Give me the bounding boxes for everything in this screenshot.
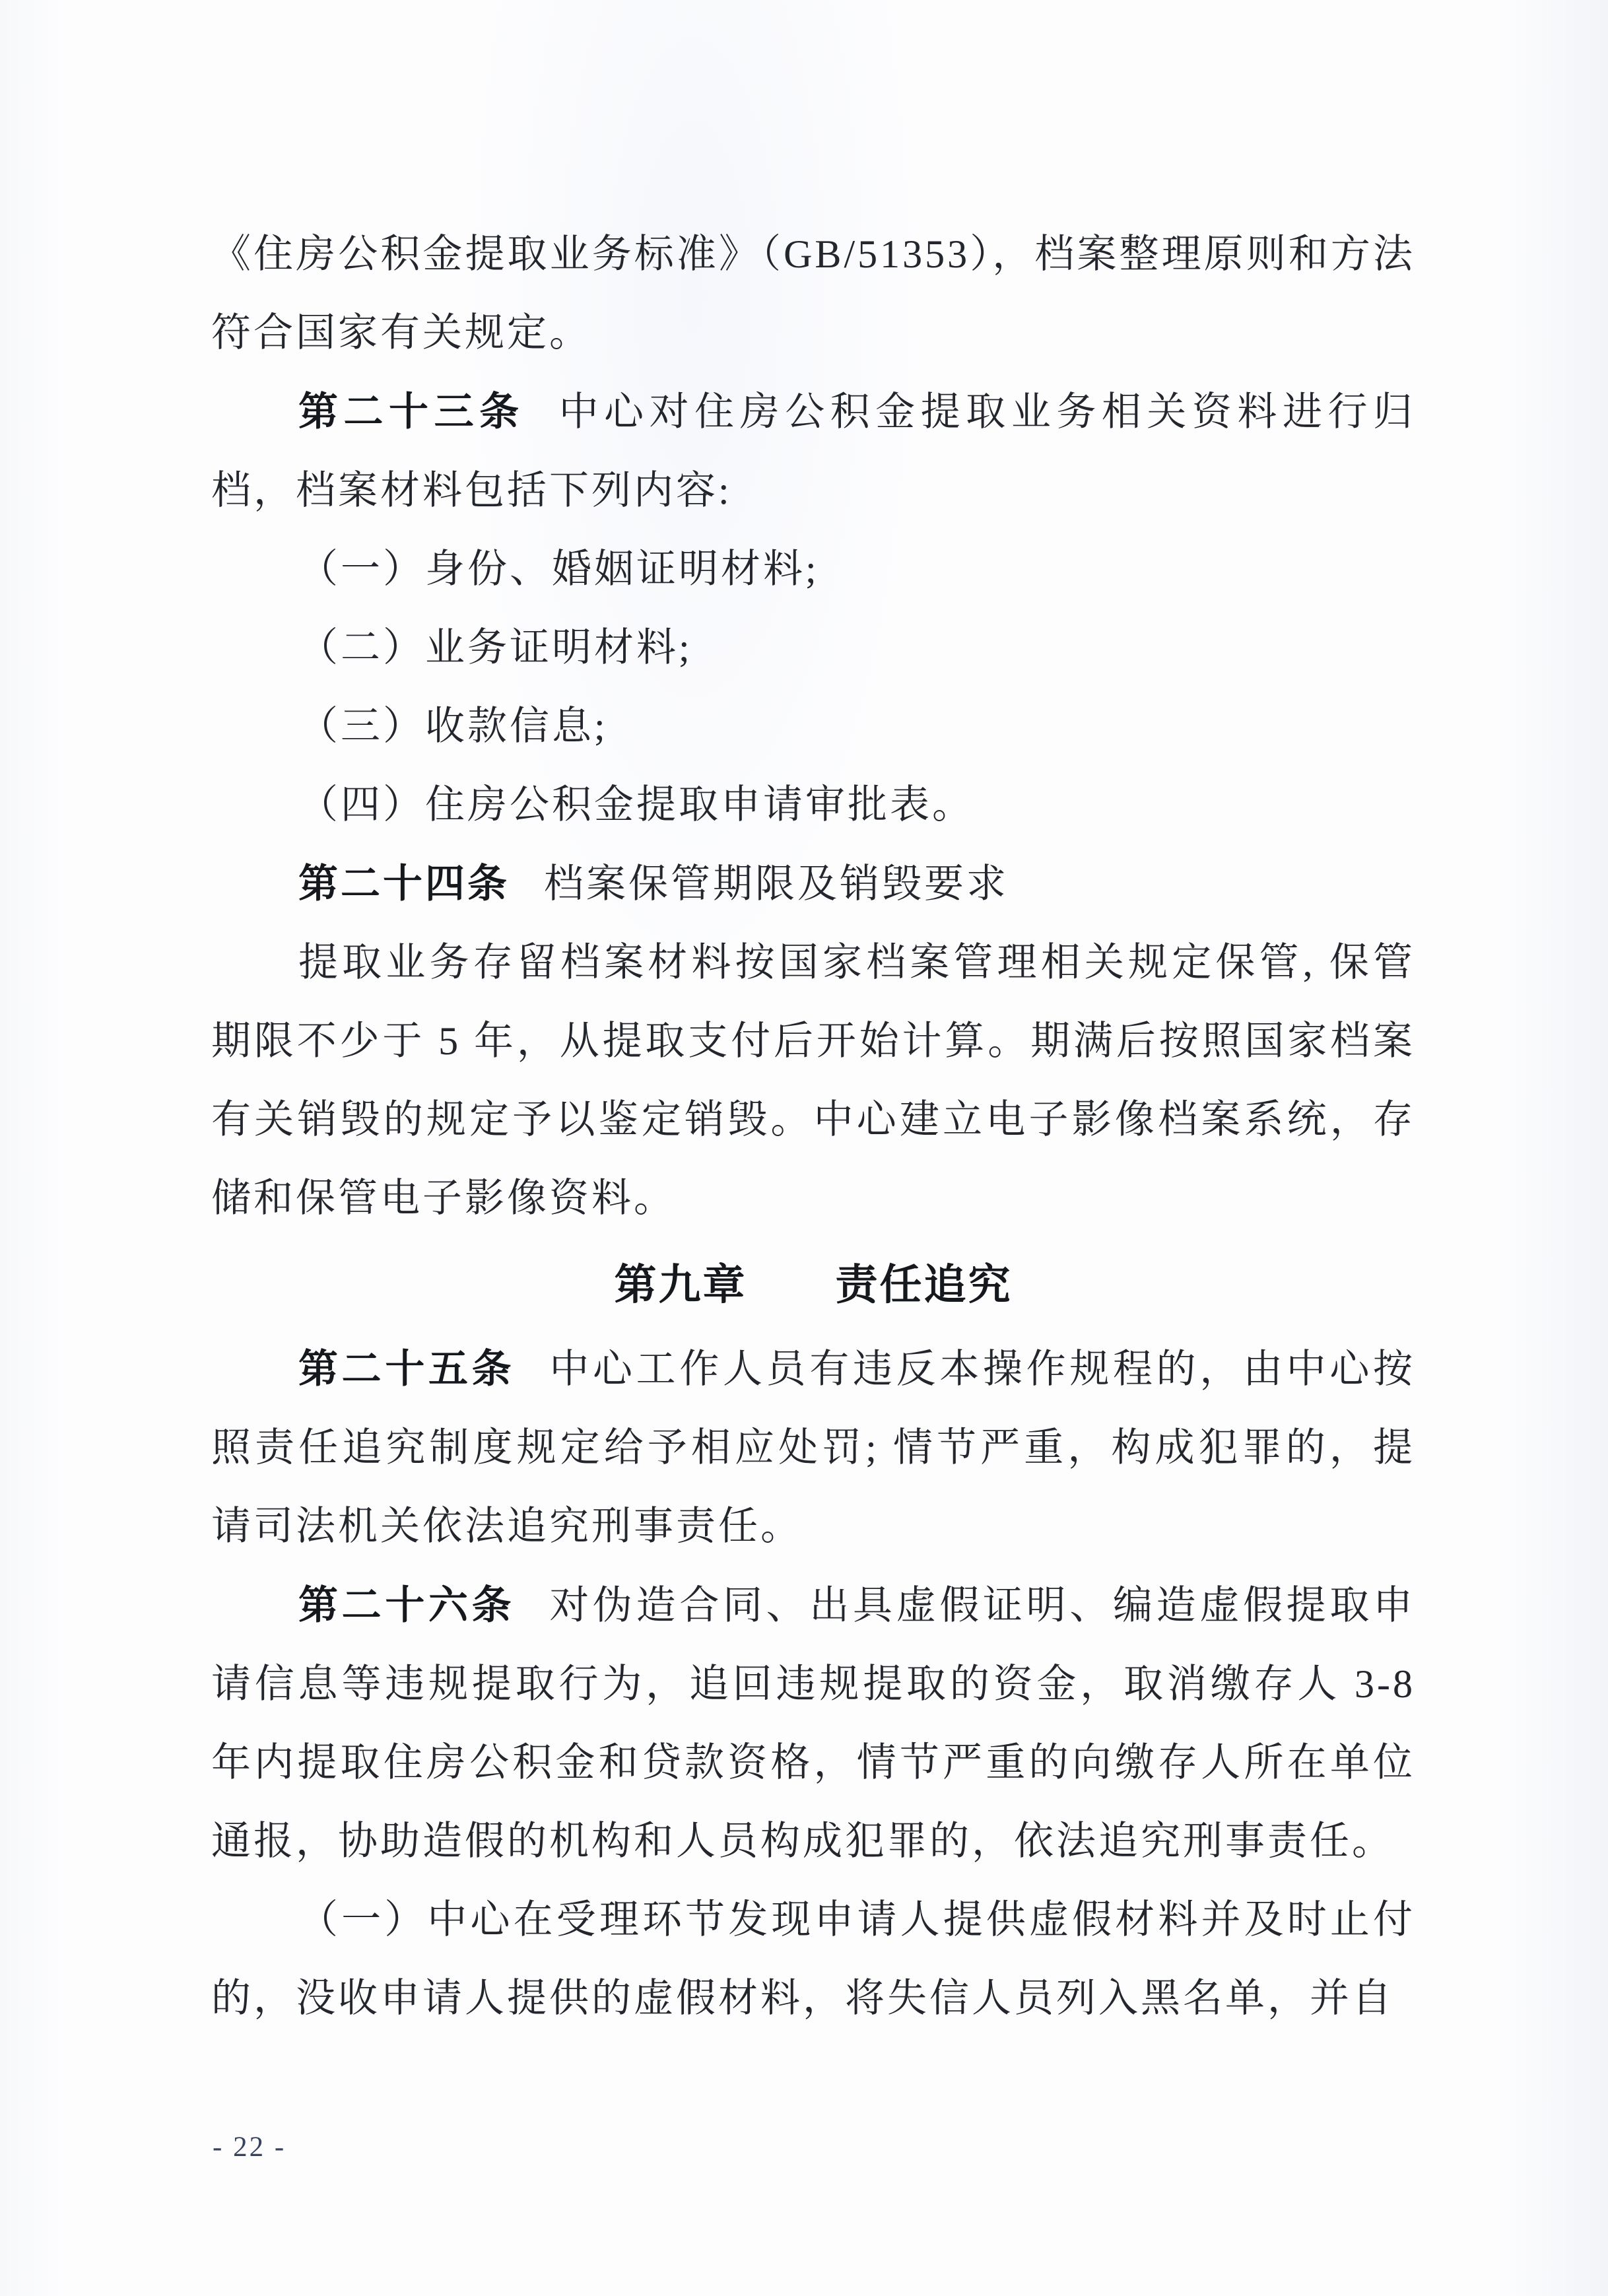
paragraph-fraud-handling: （一）中心在受理环节发现申请人提供虚假材料并及时止付的，没收申请人提供的虚假材料… (211, 1881, 1415, 2038)
list-item-2-text: （二）业务证明材料; (298, 626, 692, 669)
chapter-title: 责任追究 (836, 1261, 1013, 1308)
list-item-1: （一）身份、婚姻证明材料; (211, 530, 1415, 609)
article-26-number: 第二十六条 (298, 1583, 515, 1627)
article-23-number: 第二十三条 (298, 389, 525, 434)
list-item-4: （四）住房公积金提取申请审批表。 (211, 766, 1415, 844)
article-25-number: 第二十五条 (298, 1347, 515, 1391)
article-24: 第二十四条档案保管期限及销毁要求 (211, 844, 1415, 924)
document-page: 《住房公积金提取业务标准》（GB/51353），档案整理原则和方法符合国家有关规… (0, 0, 1608, 2296)
paragraph-fraud-handling-text: （一）中心在受理环节发现申请人提供虚假材料并及时止付的，没收申请人提供的虚假材料… (211, 1898, 1415, 2020)
paragraph-archive-retention: 提取业务存留档案材料按国家档案管理相关规定保管, 保管期限不少于 5 年，从提取… (211, 924, 1415, 1238)
list-item-3: （三）收款信息; (211, 687, 1415, 766)
list-item-3-text: （三）收款信息; (298, 704, 608, 748)
paragraph-gb-standard-text: 《住房公积金提取业务标准》（GB/51353），档案整理原则和方法符合国家有关规… (211, 232, 1415, 355)
article-26: 第二十六条对伪造合同、出具虚假证明、编造虚假提取申请信息等违规提取行为，追回违规… (211, 1566, 1415, 1881)
chapter-number: 第九章 (615, 1261, 747, 1308)
article-24-text: 档案保管期限及销毁要求 (544, 862, 1009, 906)
paragraph-archive-retention-text: 提取业务存留档案材料按国家档案管理相关规定保管, 保管期限不少于 5 年，从提取… (211, 941, 1415, 1220)
article-24-number: 第二十四条 (298, 861, 510, 906)
chapter-heading: 第九章责任追究 (211, 1246, 1415, 1324)
page-number: - 22 - (213, 2131, 286, 2163)
article-25: 第二十五条中心工作人员有违反本操作规程的，由中心按照责任追究制度规定给予相应处罚… (211, 1330, 1415, 1566)
list-item-4-text: （四）住房公积金提取申请审批表。 (298, 783, 974, 827)
article-23: 第二十三条中心对住房公积金提取业务相关资料进行归档，档案材料包括下列内容: (211, 372, 1415, 530)
list-item-2: （二）业务证明材料; (211, 609, 1415, 687)
list-item-1-text: （一）身份、婚姻证明材料; (298, 547, 819, 591)
document-body: 《住房公积金提取业务标准》（GB/51353），档案整理原则和方法符合国家有关规… (211, 215, 1415, 2038)
paragraph-gb-standard: 《住房公积金提取业务标准》（GB/51353），档案整理原则和方法符合国家有关规… (211, 215, 1415, 372)
